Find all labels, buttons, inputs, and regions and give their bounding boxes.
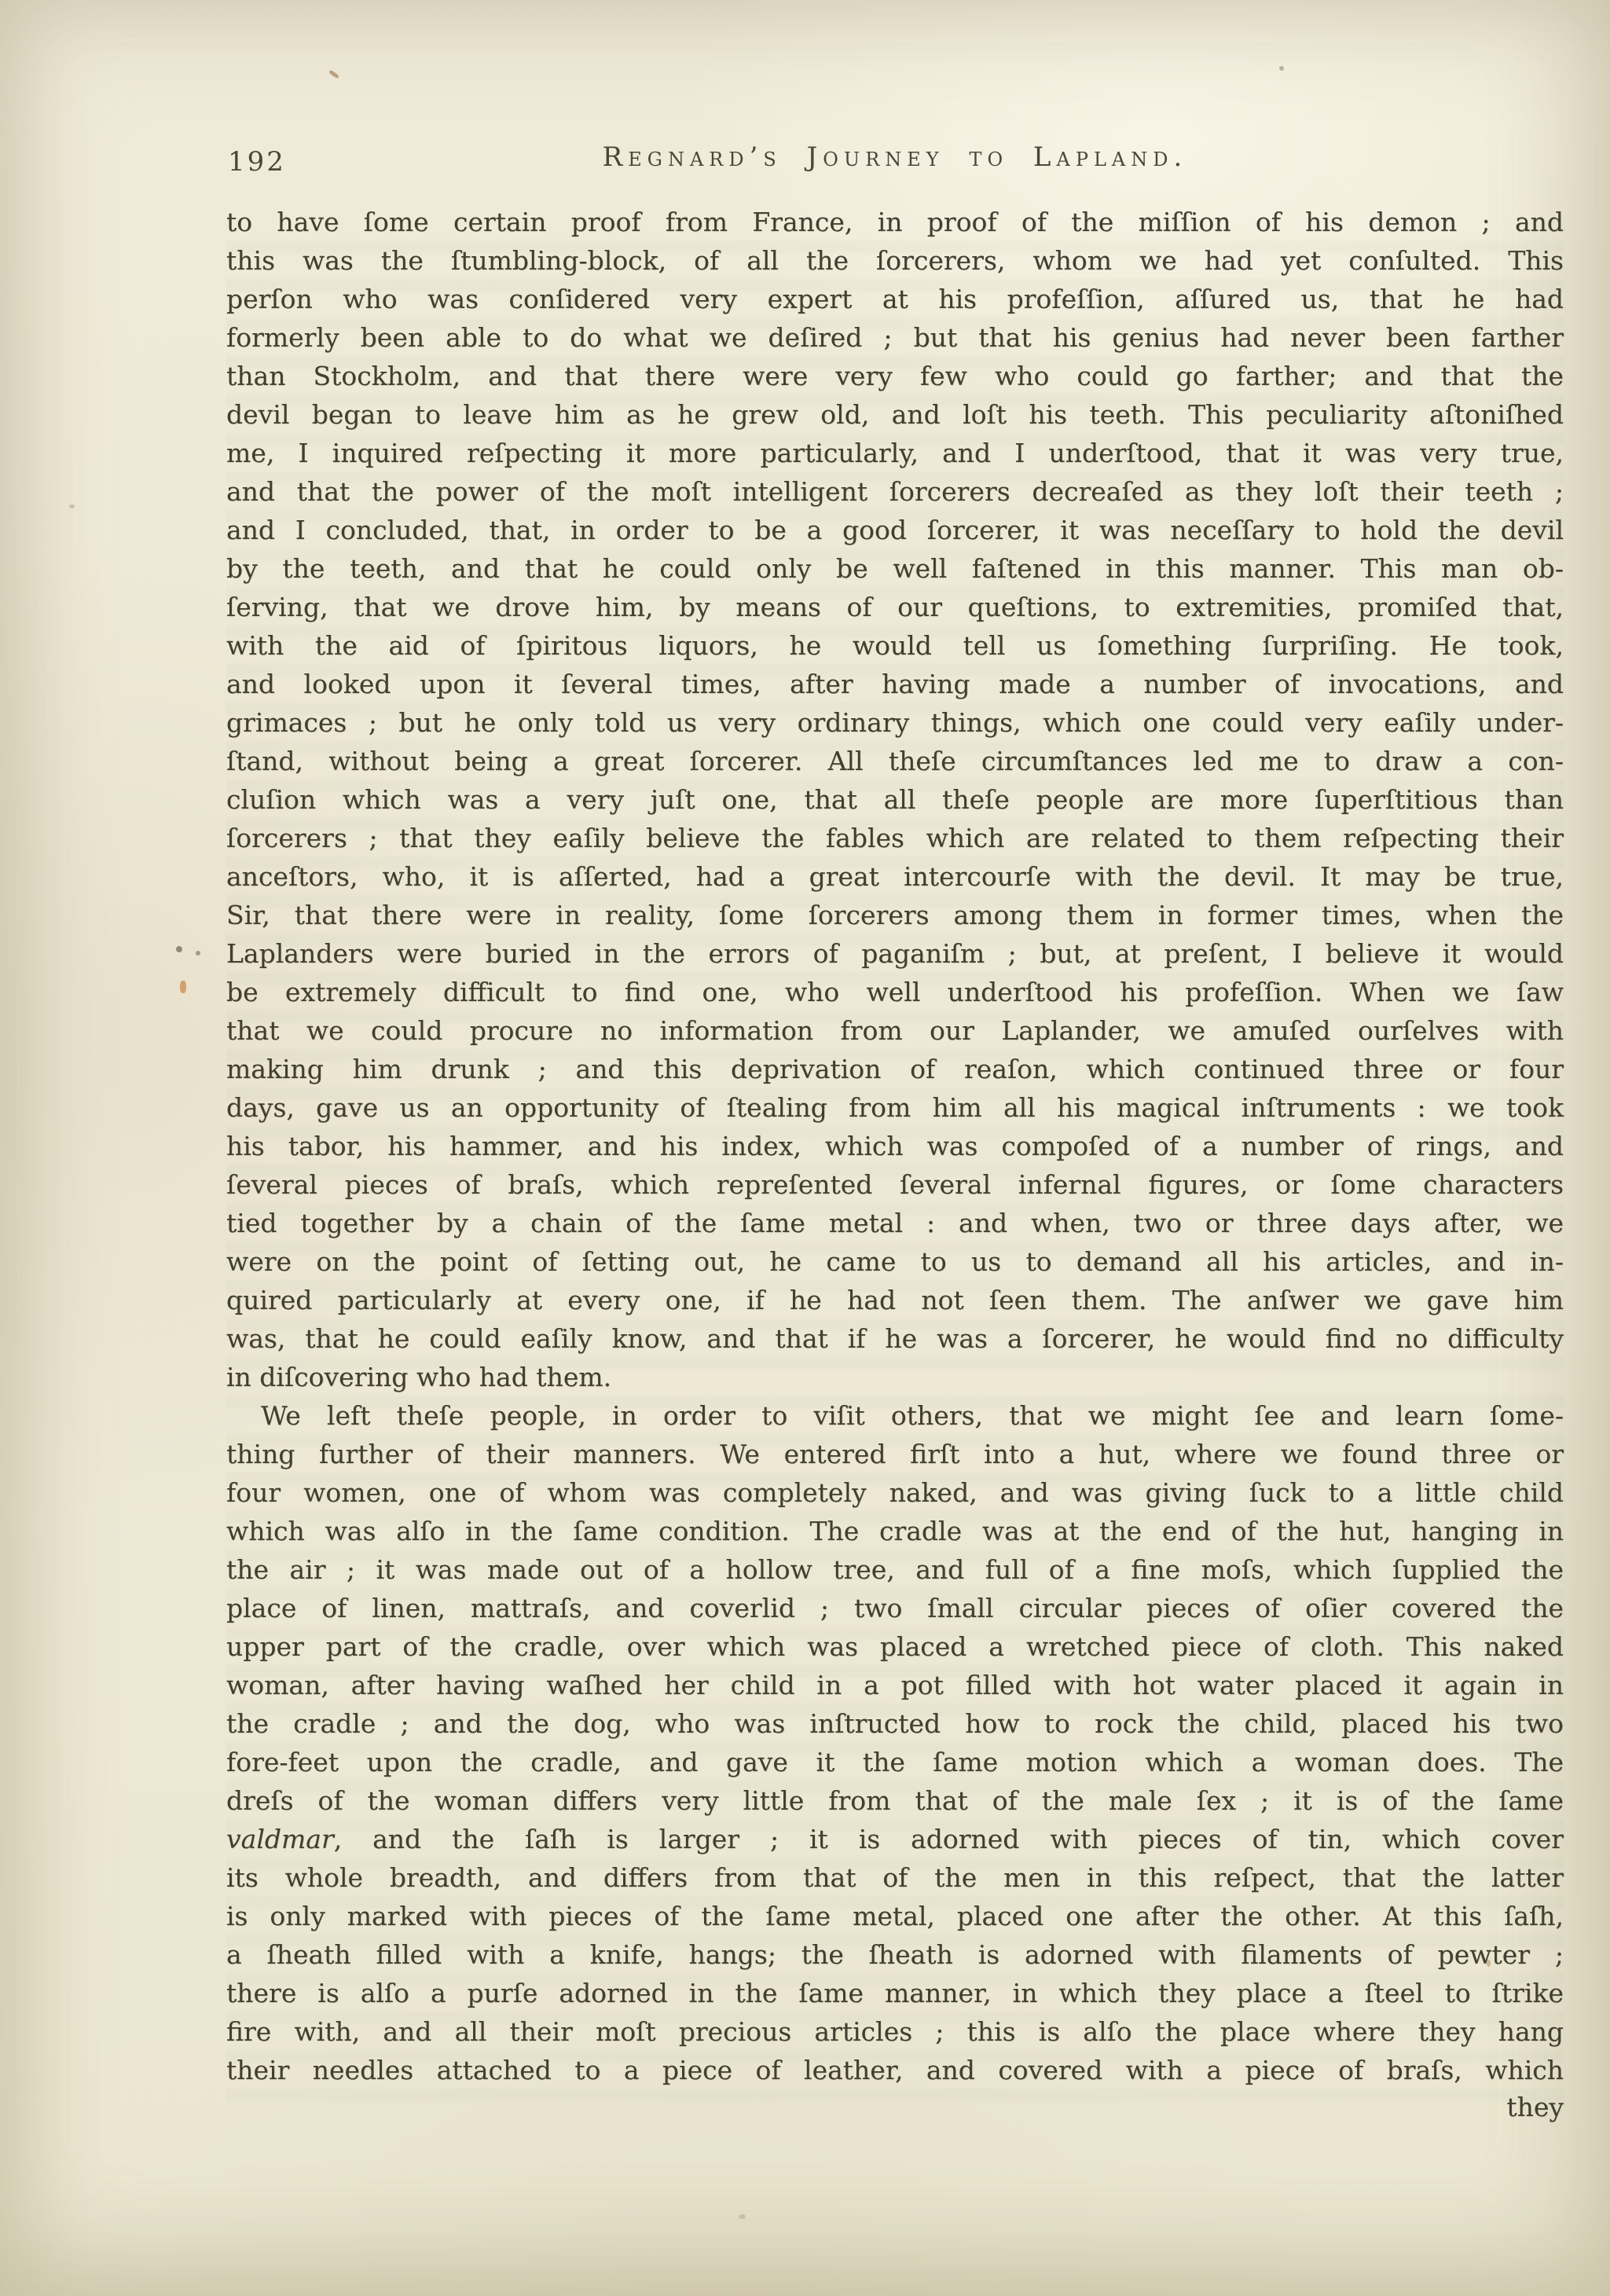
text-line: devil began to leave him as he grew old,… <box>226 395 1564 434</box>
text-line: days, gave us an opportunity of ſtealing… <box>226 1088 1564 1127</box>
text-line: thing further of their manners. We enter… <box>226 1435 1564 1473</box>
text-line: grimaces ; but he only told us very ordi… <box>226 703 1564 742</box>
text-line: ſeveral pieces of braſs, which repreſent… <box>226 1165 1564 1204</box>
text-line: woman, after having waſhed her child in … <box>226 1666 1564 1704</box>
text-line: by the teeth, and that he could only be … <box>226 549 1564 588</box>
text-line: upper part of the cradle, over which was… <box>226 1627 1564 1666</box>
text-line: was, that he could eaſily know, and that… <box>226 1319 1564 1358</box>
text-line: there is alſo a purſe adorned in the ſam… <box>226 1974 1564 2012</box>
text-line: We left theſe people, in order to viſit … <box>226 1396 1564 1435</box>
text-line: me, I inquired reſpecting it more partic… <box>226 434 1564 472</box>
text-line: ſorcerers ; that they eaſily believe the… <box>226 819 1564 857</box>
text-line: its whole breadth, and differs from that… <box>226 1858 1564 1897</box>
text-line: and that the power of the moſt intellige… <box>226 472 1564 511</box>
paper-stain <box>180 981 186 993</box>
text-line: four women, one of whom was completely n… <box>226 1473 1564 1512</box>
text-line: be extremely difficult to find one, who … <box>226 973 1564 1011</box>
text-line: quired particularly at every one, if he … <box>226 1281 1564 1319</box>
text-line: and looked upon it ſeveral times, after … <box>226 665 1564 703</box>
text-line: fore-feet upon the cradle, and gave it t… <box>226 1743 1564 1781</box>
text-line: tied together by a chain of the ſame met… <box>226 1204 1564 1242</box>
text-line: anceſtors, who, it is aſſerted, had a gr… <box>226 857 1564 896</box>
text-line: valdmar, and the ſaſh is larger ; it is … <box>226 1820 1564 1858</box>
text-line: than Stockholm, and that there were very… <box>226 357 1564 395</box>
text-line: which was alſo in the ſame condition. Th… <box>226 1512 1564 1550</box>
text-line: perſon who was conſidered very expert at… <box>226 280 1564 318</box>
text-line: Laplanders were buried in the errors of … <box>226 934 1564 973</box>
text-line: ſerving, that we drove him, by means of … <box>226 588 1564 626</box>
ink-speck <box>196 951 200 955</box>
text-line: a ſheath filled with a knife, hangs; the… <box>226 1935 1564 1974</box>
page-number: 192 <box>228 146 286 178</box>
text-line: his tabor, his hammer, and his index, wh… <box>226 1127 1564 1165</box>
ink-speck <box>176 946 182 952</box>
text-line: were on the point of ſetting out, he cam… <box>226 1242 1564 1281</box>
paper-speck <box>69 504 75 508</box>
text-block: to have ſome certain proof from France, … <box>226 203 1564 2089</box>
text-line: and I concluded, that, in order to be a … <box>226 511 1564 549</box>
book-page: 192 Regnard’s Journey to Lapland. to hav… <box>0 0 1610 2296</box>
paper-speck <box>739 2214 746 2219</box>
paper-speck <box>1279 66 1284 71</box>
text-line: to have ſome certain proof from France, … <box>226 203 1564 241</box>
paper-stain <box>328 69 339 79</box>
text-line: their needles attached to a piece of lea… <box>226 2051 1564 2089</box>
text-line: making him drunk ; and this deprivation … <box>226 1050 1564 1088</box>
text-line: in diſcovering who had them. <box>226 1358 1564 1396</box>
text-line: is only marked with pieces of the ſame m… <box>226 1897 1564 1935</box>
text-line: that we could procure no information fro… <box>226 1011 1564 1050</box>
text-line: this was the ſtumbling-block, of all the… <box>226 241 1564 280</box>
text-line: place of linen, mattraſs, and coverlid ;… <box>226 1589 1564 1627</box>
text-line: the air ; it was made out of a hollow tr… <box>226 1550 1564 1589</box>
catchword: they <box>226 2088 1564 2126</box>
running-title: Regnard’s Journey to Lapland. <box>226 141 1564 173</box>
text-line: the cradle ; and the dog, who was inſtru… <box>226 1704 1564 1743</box>
text-line: with the aid of ſpiritous liquors, he wo… <box>226 626 1564 665</box>
text-line: cluſion which was a very juſt one, that … <box>226 780 1564 819</box>
text-line: formerly been able to do what we deſired… <box>226 318 1564 357</box>
text-line: Sir, that there were in reality, ſome ſo… <box>226 896 1564 934</box>
text-line: fire with, and all their moſt precious a… <box>226 2012 1564 2051</box>
text-line: dreſs of the woman differs very little f… <box>226 1781 1564 1820</box>
page-header: 192 Regnard’s Journey to Lapland. <box>226 141 1564 182</box>
text-line: ſtand, without being a great ſorcerer. A… <box>226 742 1564 780</box>
